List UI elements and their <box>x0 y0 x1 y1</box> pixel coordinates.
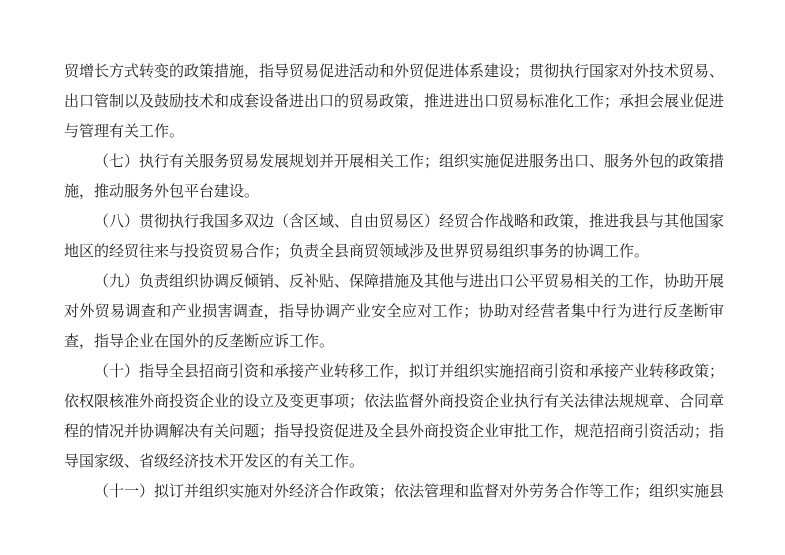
paragraph-item-10: （十）指导全县招商引资和承接产业转移工作，拟订并组织实施招商引资和承接产业转移政… <box>64 357 724 477</box>
paragraph-item-11: （十一）拟订并组织实施对外经济合作政策；依法管理和监督对外劳务合作等工作；组织实… <box>64 477 724 507</box>
paragraph-item-7: （七）执行有关服务贸易发展规划并开展相关工作；组织实施促进服务出口、服务外包的政… <box>64 147 724 207</box>
document-body: 贸增长方式转变的政策措施，指导贸易促进活动和外贸促进体系建设；贯彻执行国家对外技… <box>64 57 724 507</box>
paragraph-continuation: 贸增长方式转变的政策措施，指导贸易促进活动和外贸促进体系建设；贯彻执行国家对外技… <box>64 57 724 147</box>
document-page: 贸增长方式转变的政策措施，指导贸易促进活动和外贸促进体系建设；贯彻执行国家对外技… <box>0 0 785 555</box>
paragraph-item-8: （八）贯彻执行我国多双边（含区域、自由贸易区）经贸合作战略和政策，推进我县与其他… <box>64 207 724 267</box>
paragraph-item-9: （九）负责组织协调反倾销、反补贴、保障措施及其他与进出口公平贸易相关的工作，协助… <box>64 267 724 357</box>
